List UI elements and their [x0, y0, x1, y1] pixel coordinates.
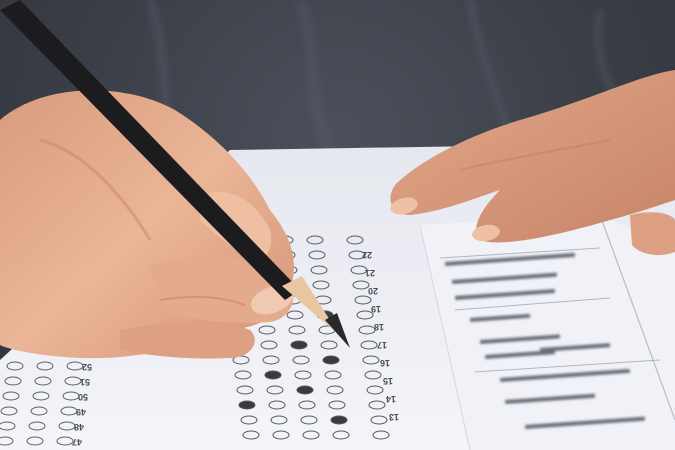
- svg-text:22: 22: [362, 250, 372, 260]
- svg-text:15: 15: [383, 376, 393, 386]
- svg-text:21: 21: [365, 268, 375, 278]
- photo-illustration: 22212019181716151413525150494847: [0, 0, 675, 450]
- svg-text:14: 14: [386, 394, 396, 404]
- svg-text:17: 17: [377, 340, 387, 350]
- svg-text:18: 18: [374, 322, 384, 332]
- svg-text:20: 20: [368, 286, 378, 296]
- svg-text:16: 16: [380, 358, 390, 368]
- svg-text:50: 50: [78, 392, 88, 402]
- svg-text:49: 49: [76, 407, 86, 417]
- svg-text:47: 47: [72, 437, 82, 447]
- svg-text:13: 13: [389, 412, 399, 422]
- exam-photo: 22212019181716151413525150494847 Student…: [0, 0, 675, 450]
- svg-text:48: 48: [74, 422, 84, 432]
- svg-text:52: 52: [82, 362, 92, 372]
- svg-text:19: 19: [371, 304, 381, 314]
- left-hand: [0, 90, 297, 358]
- svg-text:51: 51: [80, 377, 90, 387]
